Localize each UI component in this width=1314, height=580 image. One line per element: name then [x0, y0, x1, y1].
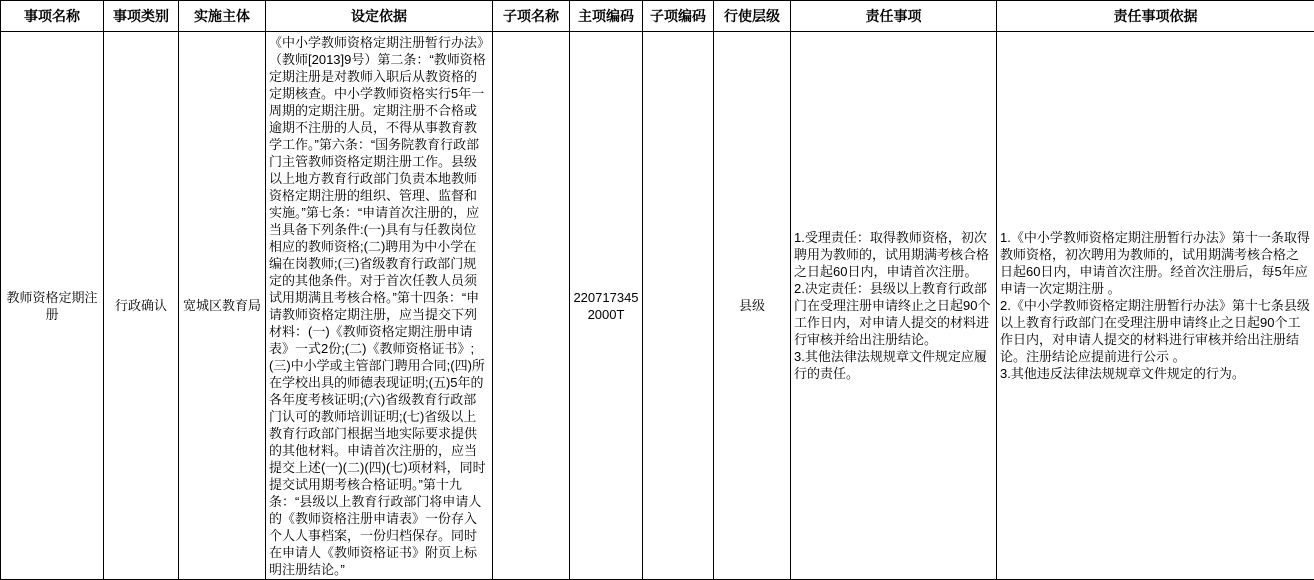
table-row: 教师资格定期注册 行政确认 宽城区教育局 《中小学教师资格定期注册暂行办法》（教…: [1, 32, 1314, 580]
cell-responsibility-basis: 1.《中小学教师资格定期注册暂行办法》第十一条取得教师资格，初次聘用为教师的，试…: [997, 32, 1314, 580]
cell-setting-basis: 《中小学教师资格定期注册暂行办法》（教师[2013]9号）第二条：“教师资格定期…: [266, 32, 493, 580]
column-header-main-item-code: 主项编码: [570, 1, 643, 32]
cell-implementing-body: 宽城区教育局: [179, 32, 266, 580]
cell-responsibility-items: 1.受理责任：取得教师资格，初次聘用为教师的，试用期满考核合格之日起60日内，申…: [791, 32, 997, 580]
column-header-responsibility-items: 责任事项: [791, 1, 997, 32]
column-header-item-name: 事项名称: [1, 1, 104, 32]
cell-item-name: 教师资格定期注册: [1, 32, 104, 580]
column-header-setting-basis: 设定依据: [266, 1, 493, 32]
cell-subitem-name: [493, 32, 570, 580]
cell-subitem-code: [643, 32, 714, 580]
header-row: 事项名称 事项类别 实施主体 设定依据 子项名称 主项编码 子项编码 行使层级 …: [1, 1, 1314, 32]
cell-main-item-code: 2207173452000T: [570, 32, 643, 580]
column-header-exercise-level: 行使层级: [714, 1, 791, 32]
column-header-subitem-name: 子项名称: [493, 1, 570, 32]
cell-exercise-level: 县级: [714, 32, 791, 580]
column-header-responsibility-basis: 责任事项依据: [997, 1, 1314, 32]
responsibility-list-table: 事项名称 事项类别 实施主体 设定依据 子项名称 主项编码 子项编码 行使层级 …: [0, 0, 1314, 580]
document-page: 事项名称 事项类别 实施主体 设定依据 子项名称 主项编码 子项编码 行使层级 …: [0, 0, 1314, 580]
column-header-subitem-code: 子项编码: [643, 1, 714, 32]
cell-item-category: 行政确认: [104, 32, 179, 580]
column-header-implementing-body: 实施主体: [179, 1, 266, 32]
column-header-item-category: 事项类别: [104, 1, 179, 32]
